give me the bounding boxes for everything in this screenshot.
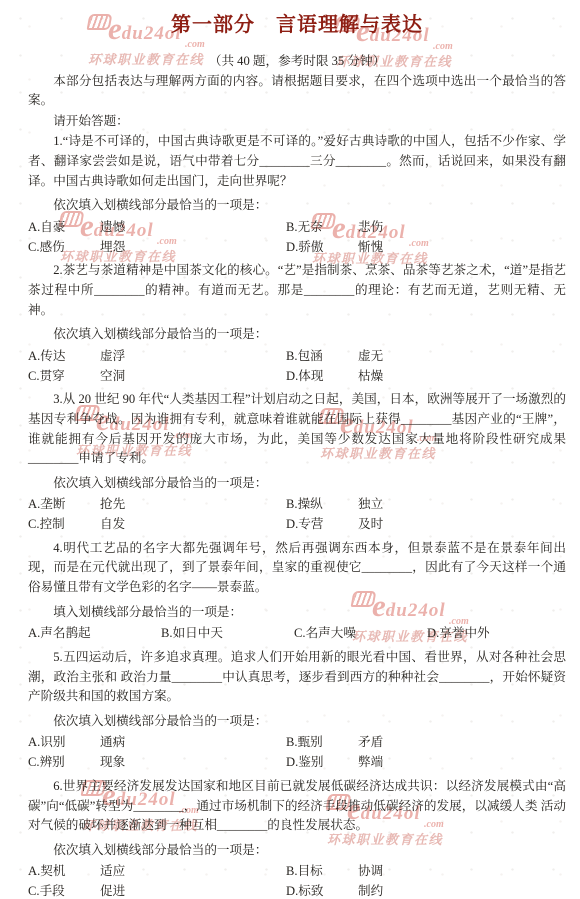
question-6: 6.世界主要经济发展发达国家和地区目前已就发展低碳经济达成共识：以经济发展模式由…: [28, 777, 566, 899]
question-3-option-D: D.专营及时: [286, 515, 546, 535]
option-label: C.: [28, 517, 40, 531]
option-word-1: 手段: [40, 884, 65, 898]
option-label: A.: [28, 735, 40, 749]
option-label: B.: [286, 497, 298, 511]
question-2-options: A.传达虚浮B.包涵虚无C.贯穿空洞D.体现枯燥: [28, 347, 566, 387]
option-label: D.: [286, 884, 298, 898]
option-word-2: 虚无: [358, 349, 383, 363]
question-6-option-D: D.标致制约: [286, 882, 546, 899]
option-word-2: 遗憾: [100, 220, 125, 234]
question-1-option-A: A.自豪遗憾: [28, 218, 286, 238]
option-label: C.: [28, 369, 40, 383]
question-3-options: A.垄断抢先B.操纵独立C.控制自发D.专营及时: [28, 495, 566, 535]
question-3-option-B: B.操纵独立: [286, 495, 546, 515]
option-label: C.: [28, 755, 40, 769]
section-title: 第一部分 言语理解与表达: [28, 8, 566, 37]
option-label: B.: [286, 349, 298, 363]
question-3-option-C: C.控制自发: [28, 515, 286, 535]
question-5-stem: 5.五四运动后，许多追求真理。追求人们开始用新的眼光看中国、看世界，从对各种社会…: [28, 648, 566, 707]
question-2: 2.茶艺与茶道精神是中国茶文化的核心。“艺”是指制茶、烹茶、品茶等艺茶之术，“道…: [28, 261, 566, 386]
option-word-1: 专营: [298, 517, 323, 531]
option-word-1: 名声大噪: [306, 626, 356, 640]
option-word-2: 及时: [358, 517, 383, 531]
question-6-option-C: C.手段促进: [28, 882, 286, 899]
option-word-1: 垄断: [40, 497, 65, 511]
question-1-stem: 1.“诗是不可译的，中国古典诗歌更是不可译的。”爱好古典诗歌的中国人，包括不少作…: [28, 132, 566, 191]
option-word-2: 悲伤: [358, 220, 383, 234]
question-2-option-B: B.包涵虚无: [286, 347, 546, 367]
option-word-1: 标致: [298, 884, 323, 898]
question-4-option-C: C.名声大噪: [294, 624, 427, 644]
question-4-option-D: D.享誉中外: [427, 624, 560, 644]
question-1-option-D: D.骄傲惭愧: [286, 238, 546, 258]
question-5-prompt: 依次填入划横线部分最恰当的一项是：: [28, 712, 566, 732]
question-5-option-B: B.甄别矛盾: [286, 733, 546, 753]
question-4-option-A: A.声名鹊起: [28, 624, 161, 644]
option-label: C.: [28, 884, 40, 898]
option-word-2: 制约: [358, 884, 383, 898]
question-5: 5.五四运动后，许多追求真理。追求人们开始用新的眼光看中国、看世界，从对各种社会…: [28, 648, 566, 773]
question-1-options: A.自豪遗憾B.无奈悲伤C.感伤埋怨D.骄傲惭愧: [28, 218, 566, 258]
question-6-option-B: B.目标协调: [286, 862, 546, 882]
option-label: B.: [286, 735, 298, 749]
section-instructions: 本部分包括表达与理解两方面的内容。请根据题目要求，在四个选项中选出一个最恰当的答…: [28, 72, 566, 111]
option-label: D.: [427, 626, 439, 640]
option-word-1: 享誉中外: [439, 626, 489, 640]
question-6-prompt: 依次填入划横线部分最恰当的一项是：: [28, 841, 566, 861]
question-5-option-C: C.辨别现象: [28, 753, 286, 773]
option-word-1: 无奈: [298, 220, 323, 234]
option-word-2: 独立: [358, 497, 383, 511]
option-label: C.: [294, 626, 306, 640]
question-4-stem: 4.明代工艺品的名字大都先强调年号，然后再强调东西本身，但景泰蓝不是在景泰年间出…: [28, 539, 566, 598]
option-word-1: 传达: [40, 349, 65, 363]
option-word-2: 促进: [100, 884, 125, 898]
question-2-prompt: 依次填入划横线部分最恰当的一项是：: [28, 325, 566, 345]
question-6-option-A: A.契机适应: [28, 862, 286, 882]
option-label: B.: [161, 626, 173, 640]
question-4-options: A.声名鹊起B.如日中天C.名声大噪D.享誉中外: [28, 624, 566, 644]
option-word-2: 协调: [358, 864, 383, 878]
option-word-2: 矛盾: [358, 735, 383, 749]
option-word-1: 体现: [298, 369, 323, 383]
option-word-1: 贯穿: [40, 369, 65, 383]
option-word-2: 枯燥: [358, 369, 383, 383]
option-word-2: 惭愧: [358, 240, 383, 254]
option-word-1: 自豪: [40, 220, 65, 234]
question-4-option-B: B.如日中天: [161, 624, 294, 644]
option-word-1: 如日中天: [173, 626, 223, 640]
option-word-2: 虚浮: [100, 349, 125, 363]
option-word-1: 契机: [40, 864, 65, 878]
option-word-1: 声名鹊起: [40, 626, 90, 640]
begin-answering-note: 请开始答题：: [28, 112, 566, 132]
option-word-1: 感伤: [40, 240, 65, 254]
option-word-1: 控制: [40, 517, 65, 531]
option-label: D.: [286, 369, 298, 383]
question-count-note: （共 40 题，参考时限 35 分钟）: [28, 52, 566, 72]
option-word-2: 通病: [100, 735, 125, 749]
option-word-1: 目标: [298, 864, 323, 878]
question-5-option-A: A.识别通病: [28, 733, 286, 753]
option-label: A.: [28, 864, 40, 878]
question-2-stem: 2.茶艺与茶道精神是中国茶文化的核心。“艺”是指制茶、烹茶、品茶等艺茶之术，“道…: [28, 261, 566, 320]
option-word-2: 自发: [100, 517, 125, 531]
option-label: D.: [286, 755, 298, 769]
option-word-2: 现象: [100, 755, 125, 769]
option-word-1: 辨别: [40, 755, 65, 769]
option-word-2: 抢先: [100, 497, 125, 511]
questions: 1.“诗是不可译的，中国古典诗歌更是不可译的。”爱好古典诗歌的中国人，包括不少作…: [28, 132, 566, 899]
question-4: 4.明代工艺品的名字大都先强调年号，然后再强调东西本身，但景泰蓝不是在景泰年间出…: [28, 539, 566, 644]
option-word-1: 甄别: [298, 735, 323, 749]
question-1: 1.“诗是不可译的，中国古典诗歌更是不可译的。”爱好古典诗歌的中国人，包括不少作…: [28, 132, 566, 257]
question-4-prompt: 填入划横线部分最恰当的一项是：: [28, 603, 566, 623]
option-label: C.: [28, 240, 40, 254]
option-label: A.: [28, 349, 40, 363]
question-6-options: A.契机适应B.目标协调C.手段促进D.标致制约: [28, 862, 566, 899]
exam-content: 第一部分 言语理解与表达 （共 40 题，参考时限 35 分钟） 本部分包括表达…: [0, 0, 580, 899]
question-5-option-D: D.鉴别弊端: [286, 753, 546, 773]
question-3-stem: 3.从 20 世纪 90 年代“人类基因工程”计划启动之日起，美国，日本，欧洲等…: [28, 390, 566, 468]
question-2-option-C: C.贯穿空洞: [28, 367, 286, 387]
option-label: A.: [28, 497, 40, 511]
option-label: B.: [286, 864, 298, 878]
option-label: A.: [28, 626, 40, 640]
question-1-prompt: 依次填入划横线部分最恰当的一项是：: [28, 196, 566, 216]
option-label: A.: [28, 220, 40, 234]
option-word-1: 骄傲: [298, 240, 323, 254]
option-word-2: 适应: [100, 864, 125, 878]
question-1-option-B: B.无奈悲伤: [286, 218, 546, 238]
question-3: 3.从 20 世纪 90 年代“人类基因工程”计划启动之日起，美国，日本，欧洲等…: [28, 390, 566, 535]
question-3-prompt: 依次填入划横线部分最恰当的一项是：: [28, 474, 566, 494]
option-word-1: 包涵: [298, 349, 323, 363]
option-label: B.: [286, 220, 298, 234]
option-word-1: 鉴别: [298, 755, 323, 769]
scanned-exam-page: edu24ol.com环球职业教育在线edu24ol.com环球职业教育在线ed…: [0, 0, 580, 899]
option-word-1: 识别: [40, 735, 65, 749]
option-label: D.: [286, 240, 298, 254]
question-1-option-C: C.感伤埋怨: [28, 238, 286, 258]
option-word-2: 埋怨: [100, 240, 125, 254]
option-word-1: 操纵: [298, 497, 323, 511]
question-6-stem: 6.世界主要经济发展发达国家和地区目前已就发展低碳经济达成共识：以经济发展模式由…: [28, 777, 566, 836]
question-2-option-A: A.传达虚浮: [28, 347, 286, 367]
question-2-option-D: D.体现枯燥: [286, 367, 546, 387]
option-word-2: 弊端: [358, 755, 383, 769]
option-word-2: 空洞: [100, 369, 125, 383]
option-label: D.: [286, 517, 298, 531]
question-3-option-A: A.垄断抢先: [28, 495, 286, 515]
question-5-options: A.识别通病B.甄别矛盾C.辨别现象D.鉴别弊端: [28, 733, 566, 773]
